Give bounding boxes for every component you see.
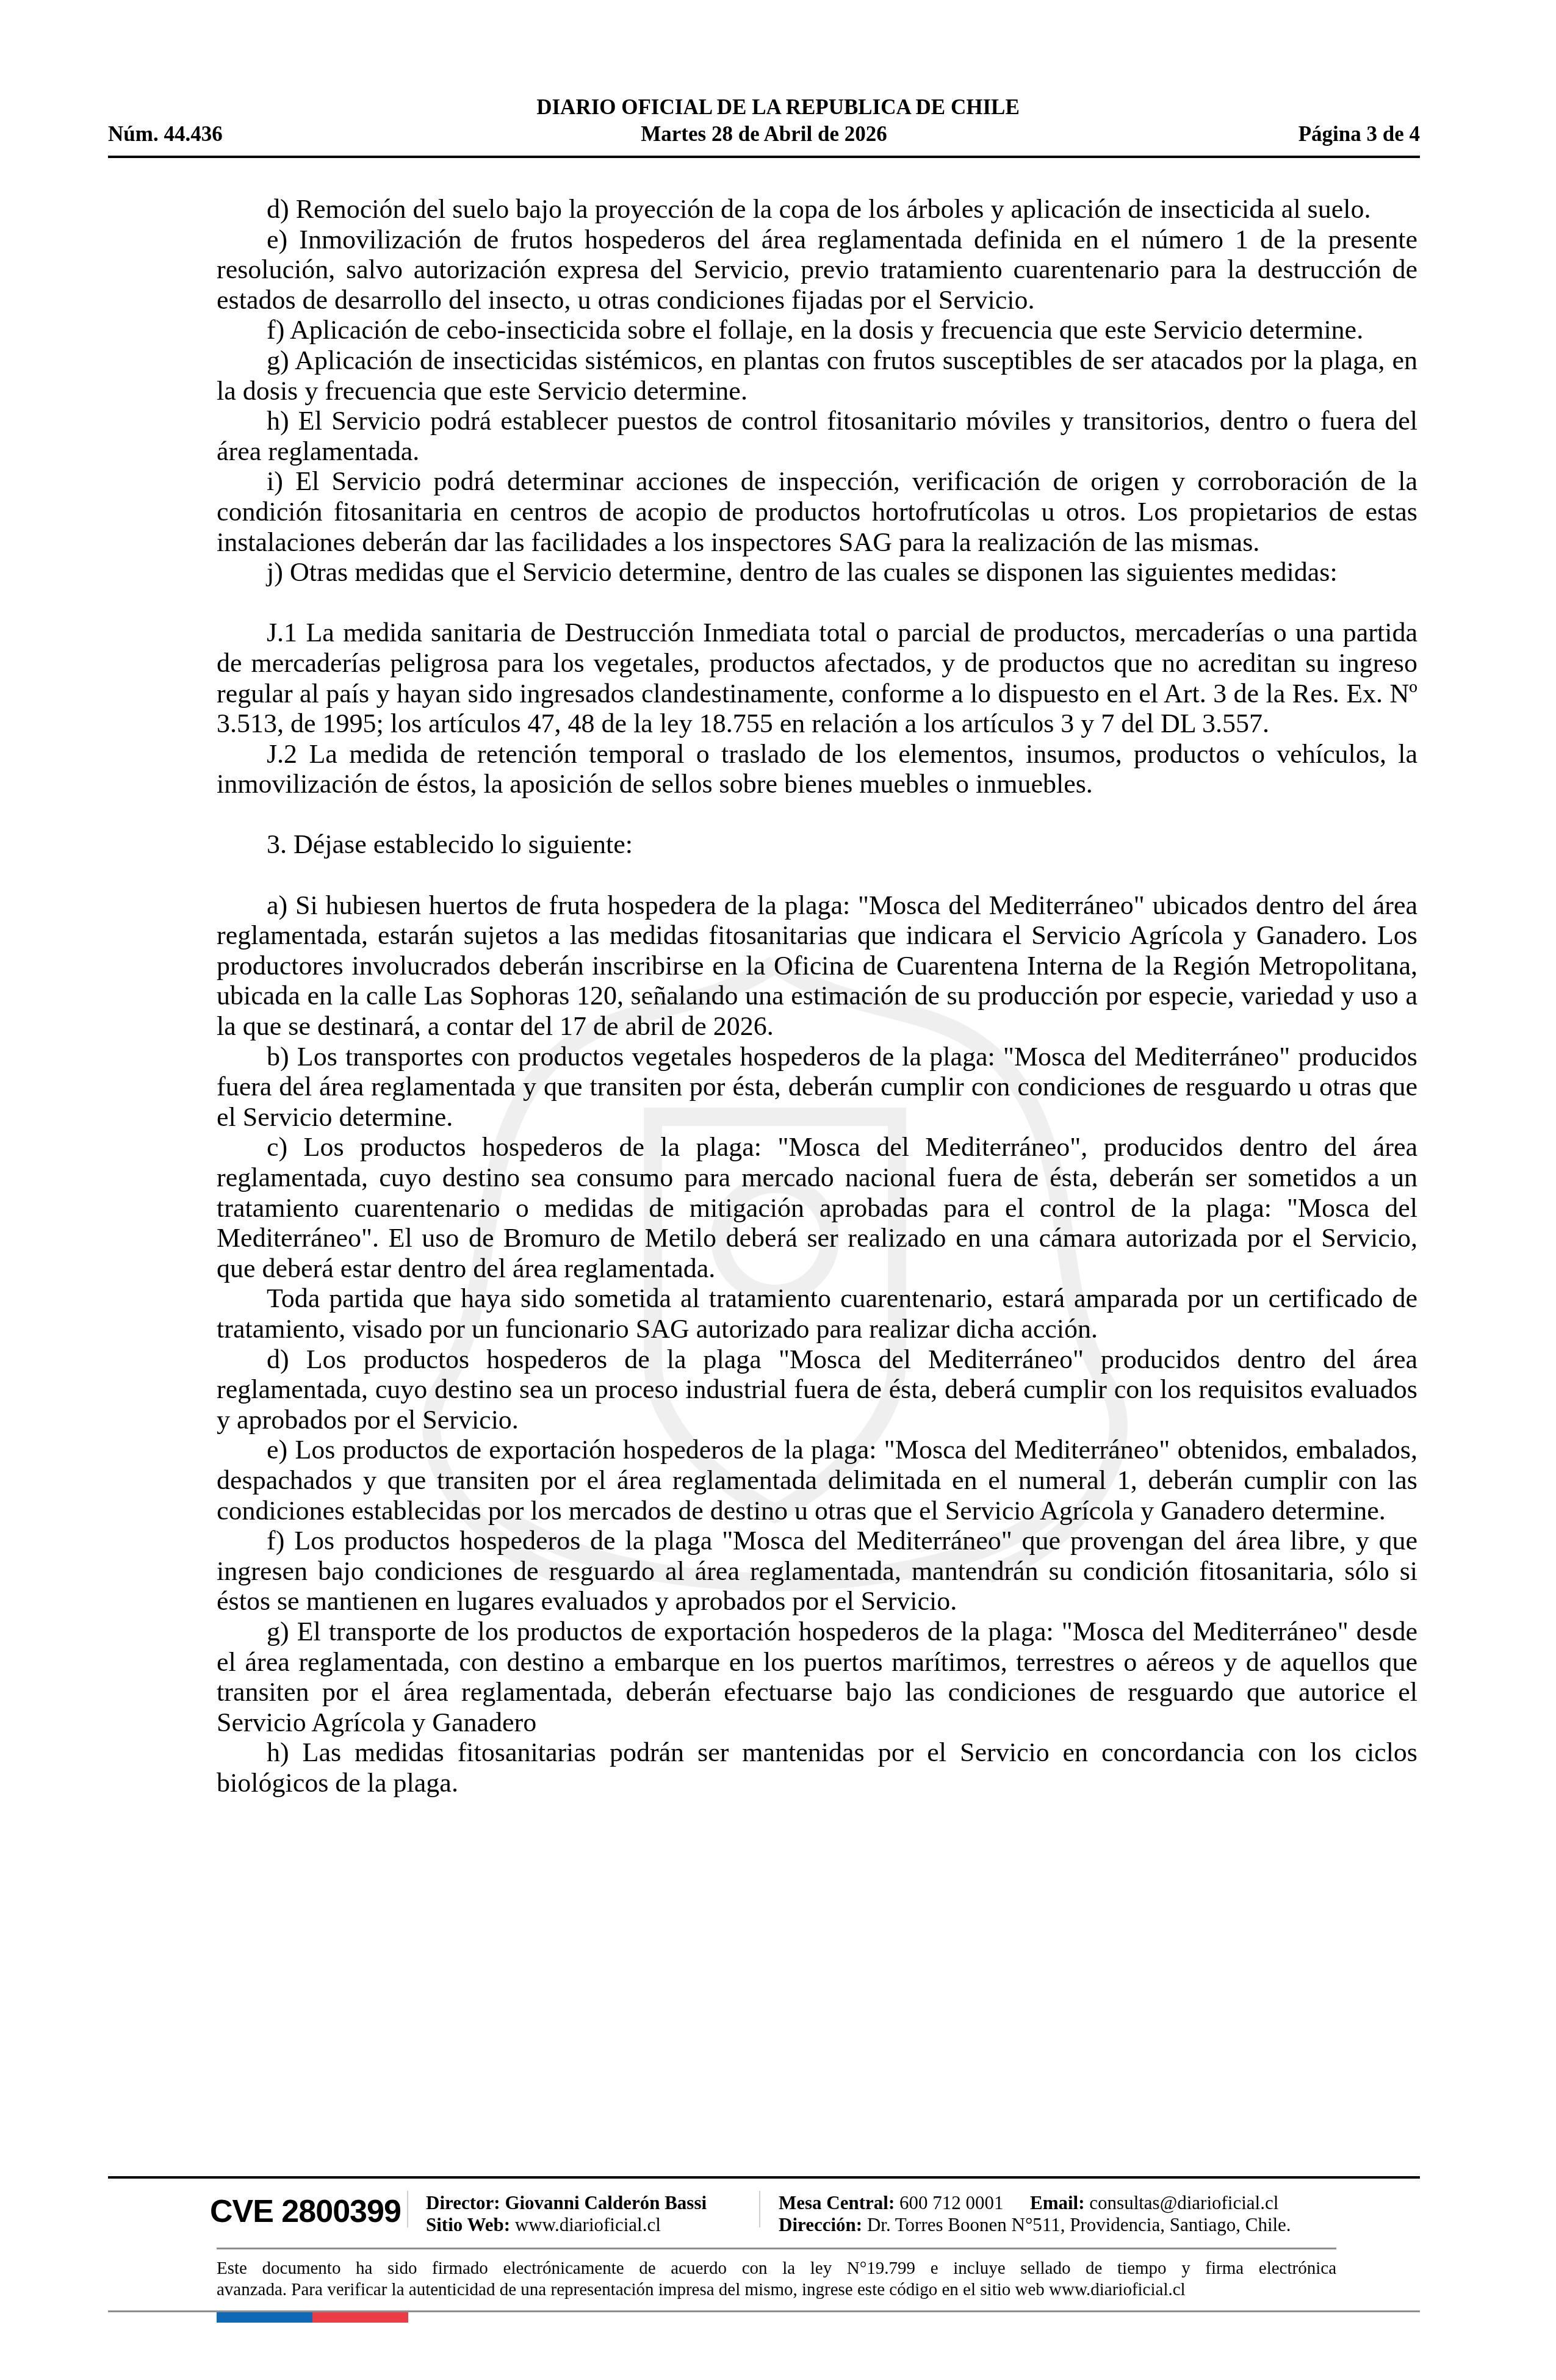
email-label: Email: bbox=[1030, 2192, 1085, 2213]
website-link[interactable]: www.diarioficial.cl bbox=[515, 2214, 661, 2235]
paragraph-j-other-measures: j) Otras medidas que el Servicio determi… bbox=[217, 557, 1417, 588]
document-body: d) Remoción del suelo bajo la proyección… bbox=[217, 194, 1417, 1798]
director-line: Director: Giovanni Calderón Bassi bbox=[426, 2192, 707, 2214]
header-divider bbox=[108, 156, 1420, 158]
issue-date: Martes 28 de Abril de 2026 bbox=[108, 121, 1420, 148]
footer-divider-mid bbox=[217, 2248, 1336, 2249]
paragraph-3f-free-area: f) Los productos hospederos de la plaga … bbox=[217, 1526, 1417, 1617]
paragraph-j2-retention: J.2 La medida de retención temporal o tr… bbox=[217, 739, 1417, 799]
paragraph-3e-exports: e) Los productos de exportación hospeder… bbox=[217, 1435, 1417, 1526]
website-label: Sitio Web: bbox=[426, 2214, 510, 2235]
paragraph-3d-industrial: d) Los productos hospederos de la plaga … bbox=[217, 1344, 1417, 1435]
footer-director-block: Director: Giovanni Calderón Bassi Sitio … bbox=[426, 2192, 707, 2236]
flag-stripe-blue bbox=[217, 2312, 312, 2323]
newspaper-title: DIARIO OFICIAL DE LA REPUBLICA DE CHILE bbox=[0, 95, 1556, 120]
contact-line: Mesa Central: 600 712 0001 Email: consul… bbox=[779, 2192, 1291, 2214]
paragraph-i-inspection: i) El Servicio podrá determinar acciones… bbox=[217, 466, 1417, 557]
address-line: Dirección: Dr. Torres Boonen N°511, Prov… bbox=[779, 2214, 1291, 2236]
cve-code: CVE 2800399 bbox=[210, 2193, 401, 2230]
phone-value: 600 712 0001 bbox=[899, 2192, 1004, 2213]
paragraph-j1-destruction: J.1 La medida sanitaria de Destrucción I… bbox=[217, 618, 1417, 738]
address-label: Dirección: bbox=[779, 2214, 862, 2235]
page-indicator: Página 3 de 4 bbox=[1298, 121, 1420, 148]
paragraph-3g-export-transport: g) El transporte de los productos de exp… bbox=[217, 1617, 1417, 1737]
director-label: Director: bbox=[426, 2192, 500, 2213]
paragraph-f-bait-insecticide: f) Aplicación de cebo-insecticida sobre … bbox=[217, 315, 1417, 345]
paragraph-e-immobilization: e) Inmovilización de frutos hospederos d… bbox=[217, 225, 1417, 316]
footer-separator bbox=[407, 2191, 408, 2227]
phone-label: Mesa Central: bbox=[779, 2192, 895, 2213]
paragraph-3c-host-products: c) Los productos hospederos de la plaga:… bbox=[217, 1132, 1417, 1283]
paragraph-3a-orchards: a) Si hubiesen huertos de fruta hospeder… bbox=[217, 890, 1417, 1042]
paragraph-3h-maintenance: h) Las medidas fitosanitarias podrán ser… bbox=[217, 1737, 1417, 1798]
footer-contact-block: Mesa Central: 600 712 0001 Email: consul… bbox=[779, 2192, 1291, 2236]
paragraph-treatment-certificate: Toda partida que haya sido sometida al t… bbox=[217, 1283, 1417, 1344]
flag-stripe-red bbox=[312, 2312, 408, 2323]
paragraph-3b-transports: b) Los transportes con productos vegetal… bbox=[217, 1042, 1417, 1133]
footer-divider-top bbox=[108, 2176, 1420, 2179]
header-row: Núm. 44.436 Martes 28 de Abril de 2026 P… bbox=[108, 121, 1420, 148]
paragraph-d-soil-removal: d) Remoción del suelo bajo la proyección… bbox=[217, 194, 1417, 225]
website-line: Sitio Web: www.diarioficial.cl bbox=[426, 2214, 707, 2236]
director-name: Giovanni Calderón Bassi bbox=[505, 2192, 707, 2213]
email-link[interactable]: consultas@diarioficial.cl bbox=[1089, 2192, 1278, 2213]
section-3-heading: 3. Déjase establecido lo siguiente: bbox=[217, 829, 1417, 860]
electronic-signature-notice: Este documento ha sido firmado electróni… bbox=[217, 2258, 1336, 2301]
footer-separator bbox=[759, 2191, 760, 2227]
paragraph-g-systemic-insecticides: g) Aplicación de insecticidas sistémicos… bbox=[217, 345, 1417, 406]
legal-line-2: avanzada. Para verificar la autenticidad… bbox=[217, 2279, 1336, 2301]
paragraph-h-control-posts: h) El Servicio podrá establecer puestos … bbox=[217, 406, 1417, 466]
address-value: Dr. Torres Boonen N°511, Providencia, Sa… bbox=[867, 2214, 1291, 2235]
legal-line-1: Este documento ha sido firmado electróni… bbox=[217, 2258, 1336, 2279]
